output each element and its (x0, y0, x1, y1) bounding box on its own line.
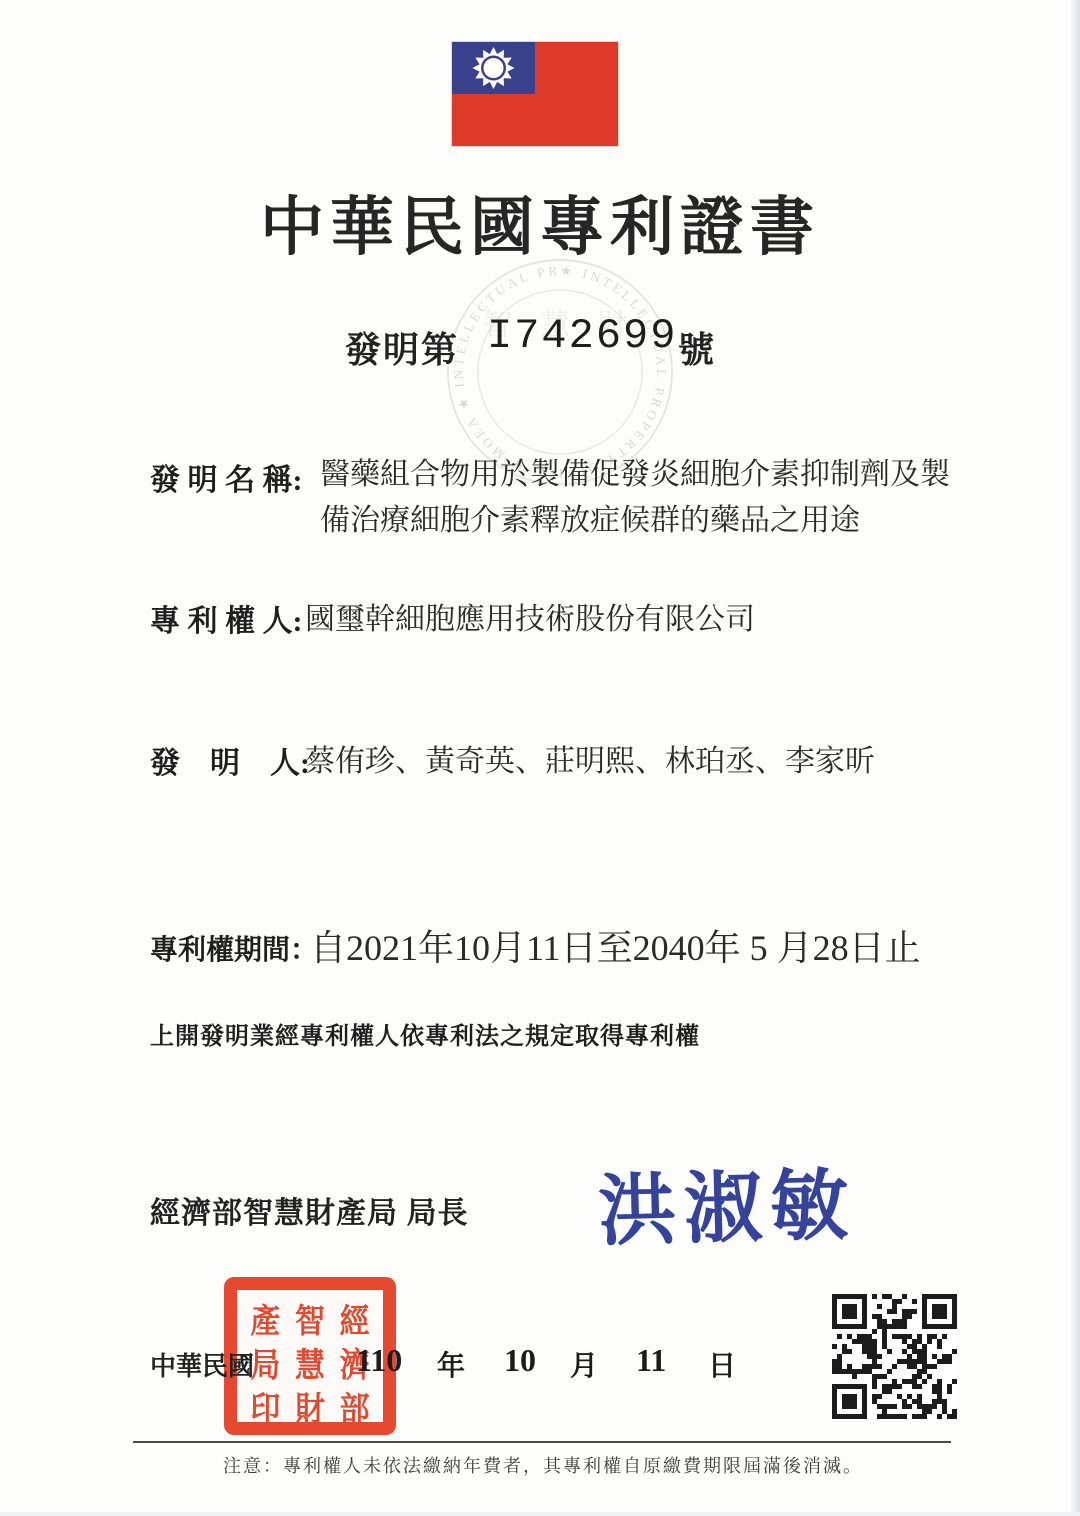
certificate-title: 中華民國專利證書 (0, 176, 1080, 268)
date-month-unit: 月 (570, 1344, 598, 1384)
invention-name-label: 發 明 名 稱: (150, 455, 303, 499)
date-day: 11 (636, 1342, 666, 1379)
inventors-label: 發 明 人: (150, 738, 310, 782)
patentee-label: 專 利 權 人: (150, 596, 303, 640)
date-era: 中華民國 (150, 1346, 254, 1383)
watermark-ring-text: ★ INTELLECTUAL PROPERTY OFFICE ★ MOEA ★ … (428, 240, 669, 481)
patent-no-suffix: 號 (678, 322, 714, 373)
footnote-text: 注意：專利權人未依法繳納年費者，其專利權自原繳費期限屆滿後消滅。 (135, 1452, 951, 1478)
date-year: 110 (356, 1342, 402, 1379)
invention-name-line1: 醫藥組合物用於製備促發炎細胞介素抑制劑及製 (320, 452, 950, 498)
scan-edge-bottom (0, 1512, 1080, 1516)
roc-flag (452, 42, 618, 146)
invention-name-value: 醫藥組合物用於製備促發炎細胞介素抑制劑及製 備治療細胞介素釋放症候群的藥品之用途 (320, 452, 950, 544)
seal-char: 慧 (288, 1337, 333, 1386)
seal-char: 經 (332, 1293, 377, 1342)
footer-divider (133, 1441, 951, 1443)
qr-code (832, 1294, 957, 1419)
patent-no-prefix: 發明第 (345, 322, 459, 373)
patent-certificate-page: ★ INTELLECTUAL PROPERTY OFFICE ★ MOEA ★ … (0, 0, 1080, 1516)
director-signature: 洪淑敏 (597, 1143, 858, 1262)
seal-char: 印 (243, 1381, 288, 1430)
term-label: 專利權期間： (150, 928, 318, 968)
seal-char: 智 (288, 1293, 333, 1342)
patent-no-value: I742699 (487, 312, 677, 360)
seal-char: 部 (332, 1381, 377, 1430)
issuing-office-title: 經濟部智慧財產局 局長 (150, 1188, 469, 1232)
grant-statement: 上開發明業經專利權人依專利法之規定取得專利權 (150, 1016, 700, 1051)
date-day-unit: 日 (708, 1344, 736, 1384)
date-year-unit: 年 (437, 1344, 465, 1384)
patentee-value: 國璽幹細胞應用技術股份有限公司 (305, 594, 755, 638)
seal-char: 產 (243, 1293, 288, 1342)
date-month: 10 (504, 1342, 536, 1379)
term-value: 自2021年10月11日至2040年 5 月28日止 (310, 920, 921, 971)
invention-name-line2: 備治療細胞介素釋放症候群的藥品之用途 (320, 498, 950, 544)
inventors-value: 蔡侑珍、黃奇英、莊明熙、林珀丞、李家昕 (305, 736, 875, 780)
svg-text:★ INTELLECTUAL PROPERTY OFFICE: ★ INTELLECTUAL PROPERTY OFFICE ★ MOEA ★ … (428, 240, 669, 481)
seal-char: 財 (288, 1381, 333, 1430)
